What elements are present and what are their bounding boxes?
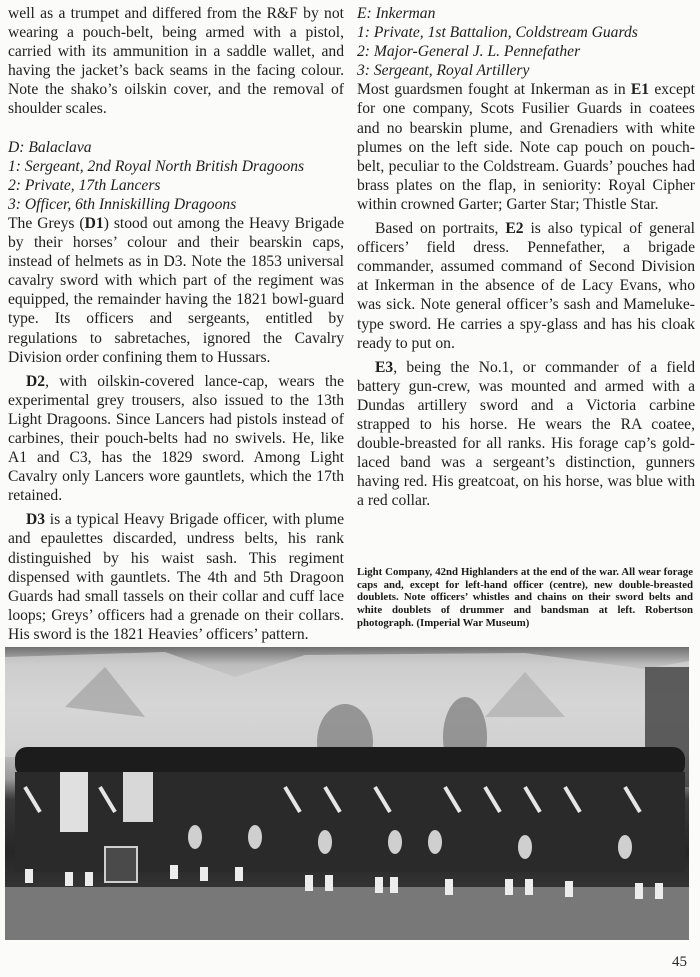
plate-figure-list-e: 1: Private, 1st Battalion, Coldstream Gu… <box>357 23 695 80</box>
paragraph-text: ) stood out among the Heavy Brigade by t… <box>8 215 344 366</box>
paragraph-e2: Based on portraits, E2 is also typical o… <box>357 219 695 353</box>
paragraph-e1: Most guardsmen fought at Inkerman as in … <box>357 80 695 214</box>
highlanders-photograph <box>5 647 689 940</box>
paragraph-text: is also typical of general officers’ fie… <box>357 220 695 352</box>
figure-ref-e3: E3 <box>375 359 393 376</box>
paragraph-e3: E3, being the No.1, or commander of a fi… <box>357 358 695 511</box>
paragraph-d2: D2, with oilskin-covered lance-cap, wear… <box>8 372 344 506</box>
paragraph-lead: The Greys ( <box>8 215 85 232</box>
paragraph-lead: Based on portraits, <box>375 220 505 237</box>
paragraph-d3: D3 is a typical Heavy Brigade officer, w… <box>8 510 344 644</box>
plate-figure-e2: 2: Major-General J. L. Pennefather <box>357 42 695 61</box>
paragraph-text: except for one company, Scots Fusilier G… <box>357 81 695 213</box>
figure-ref-e1: E1 <box>631 81 649 98</box>
photo-caption: Light Company, 42nd Highlanders at the e… <box>357 566 693 630</box>
plate-figure-e1: 1: Private, 1st Battalion, Coldstream Gu… <box>357 23 695 42</box>
right-column: E: Inkerman 1: Private, 1st Battalion, C… <box>357 4 695 510</box>
plate-figure-d3: 3: Officer, 6th Inniskilling Dragoons <box>8 195 344 214</box>
paragraph-text: , being the No.1, or commander of a fiel… <box>357 359 695 510</box>
paragraph-text: is a typical Heavy Brigade officer, with… <box>8 511 344 643</box>
plate-figure-e3: 3: Sergeant, Royal Artillery <box>357 61 695 80</box>
figure-ref-d2: D2 <box>26 373 45 390</box>
figure-ref-d1: D1 <box>85 215 104 232</box>
page-number: 45 <box>672 954 687 971</box>
figure-ref-e2: E2 <box>505 220 523 237</box>
plate-figure-list-d: 1: Sergeant, 2nd Royal North British Dra… <box>8 157 344 214</box>
photo-illustration <box>5 647 689 940</box>
paragraph-d1: The Greys (D1) stood out among the Heavy… <box>8 214 344 367</box>
plate-figure-d2: 2: Private, 17th Lancers <box>8 176 344 195</box>
continuation-paragraph: well as a trumpet and differed from the … <box>8 4 344 119</box>
figure-ref-d3: D3 <box>26 511 45 528</box>
paragraph-lead: Most guardsmen fought at Inkerman as in <box>357 81 631 98</box>
plate-heading-e: E: Inkerman <box>357 4 695 23</box>
left-column: well as a trumpet and differed from the … <box>8 4 344 644</box>
plate-heading-d: D: Balaclava <box>8 138 344 157</box>
plate-figure-d1: 1: Sergeant, 2nd Royal North British Dra… <box>8 157 344 176</box>
paragraph-text: , with oilskin-covered lance-cap, wears … <box>8 373 344 505</box>
